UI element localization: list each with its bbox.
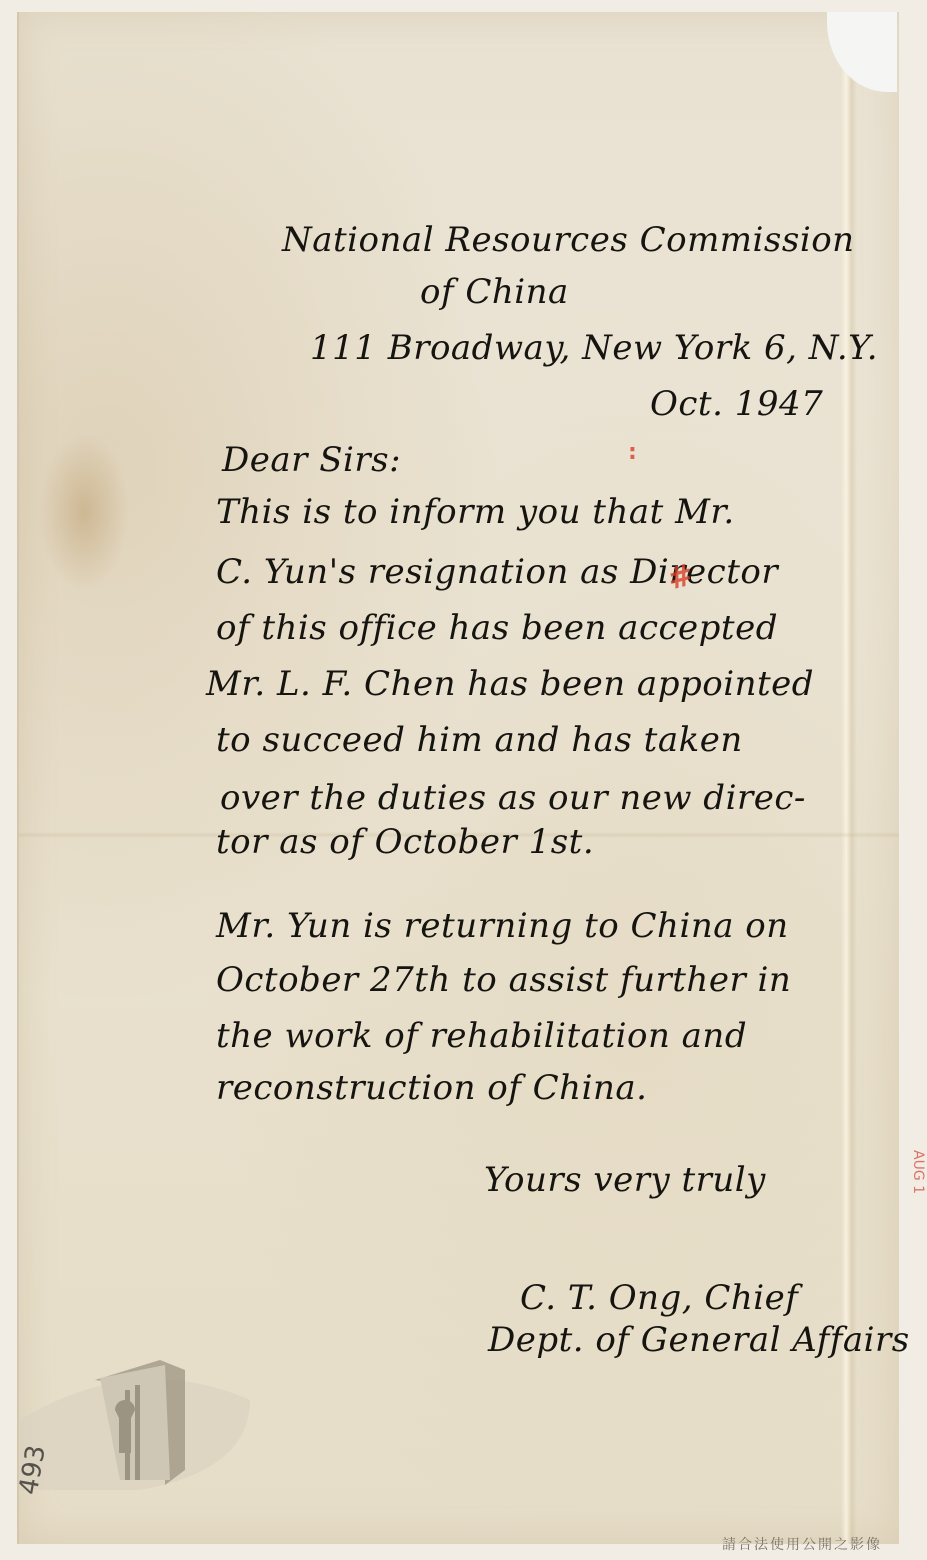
paragraph1-line: of this office has been accepted [216,608,778,648]
paragraph1-line: Mr. L. F. Chen has been appointed [206,664,814,704]
letterhead-line1: National Resources Commission [282,220,855,260]
water-stain [39,432,129,592]
letterhead-address: 111 Broadway, New York 6, N.Y. [310,328,878,368]
paragraph1-line: This is to inform you that Mr. [216,492,735,532]
archive-usage-notice: 請合法使用公開之影像 [722,1534,882,1554]
signature-name: C. T. Ong, Chief [520,1278,798,1318]
letterhead-line2: of China [420,272,569,312]
paragraph2-line: October 27th to assist further in [216,960,791,1000]
signature-department: Dept. of General Affairs [488,1320,910,1360]
archive-logo-icon [20,1360,250,1490]
paragraph1-line: tor as of October 1st. [216,822,594,862]
red-ink-mark: : [628,440,637,465]
paragraph1-line: over the duties as our new direc- [220,778,806,818]
paragraph1-line: to succeed him and has taken [216,720,743,760]
salutation: Dear Sirs: [222,440,401,480]
closing: Yours very truly [484,1160,766,1200]
side-date-stamp: AUG 1 [910,1150,926,1194]
letter-date: Oct. 1947 [650,384,823,424]
paragraph2-line: reconstruction of China. [216,1068,647,1108]
paragraph2-line: Mr. Yun is returning to China on [216,906,789,946]
paragraph2-line: the work of rehabilitation and [216,1016,747,1056]
